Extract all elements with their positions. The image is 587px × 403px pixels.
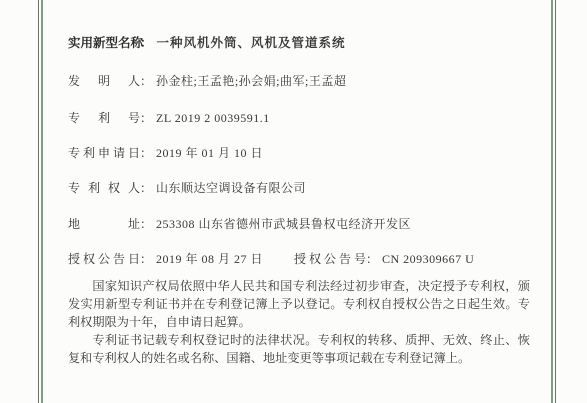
field-value: 一种风机外筒、风机及管道系统	[157, 36, 346, 51]
field-inventors: 发明人：孙金柱;王孟艳;孙会娟;曲军;王孟超	[68, 74, 346, 89]
field-label: 专利权人	[68, 181, 140, 196]
legal-text-block: 国家知识产权局依照中华人民共和国专利法经过初步审查，决定授予专利权，颁发实用新型…	[68, 277, 530, 367]
field-value: 2019 年 08 月 27 日	[156, 252, 263, 267]
field-colon: ：	[140, 181, 152, 196]
field-label: 发明人	[68, 74, 140, 89]
left-border-inner-line	[41, 0, 43, 403]
legal-paragraph-grant: 国家知识产权局依照中华人民共和国专利法经过初步审查，决定授予专利权，颁发实用新型…	[68, 277, 530, 331]
field-value: CN 209309667 U	[382, 252, 474, 267]
patent-certificate-page: 实用新型名称：一种风机外筒、风机及管道系统 发明人：孙金柱;王孟艳;孙会娟;曲军…	[0, 0, 587, 403]
field-label: 地址	[68, 217, 140, 232]
field-label: 专利申请日	[68, 146, 140, 161]
field-grant-number: 授权公告号：CN 209309667 U	[294, 252, 474, 267]
field-patent-number: 专利号：ZL 2019 2 0039591.1	[68, 111, 270, 126]
field-value: 孙金柱;王孟艳;孙会娟;曲军;王孟超	[156, 74, 346, 89]
left-border-outer-line	[38, 0, 39, 403]
field-value: 山东顺达空调设备有限公司	[156, 181, 306, 196]
field-label: 实用新型名称	[68, 36, 140, 51]
field-grant-date: 授权公告日：2019 年 08 月 27 日	[68, 252, 263, 266]
field-value: 253308 山东省德州市武城县鲁权屯经济开发区	[156, 217, 411, 232]
field-utility-model-name: 实用新型名称：一种风机外筒、风机及管道系统	[68, 36, 346, 51]
field-colon: ：	[140, 146, 152, 161]
field-colon: ：	[140, 217, 152, 232]
certificate-content: 实用新型名称：一种风机外筒、风机及管道系统 发明人：孙金柱;王孟艳;孙会娟;曲军…	[68, 0, 540, 403]
right-border-outer-line	[555, 0, 556, 403]
field-label: 专利号	[68, 111, 140, 126]
field-colon: ：	[140, 111, 152, 126]
field-label: 授权公告日	[68, 252, 140, 267]
field-value: 2019 年 01 月 10 日	[156, 146, 263, 161]
field-value: ZL 2019 2 0039591.1	[156, 111, 270, 126]
field-application-date: 专利申请日：2019 年 01 月 10 日	[68, 146, 263, 161]
field-label: 授权公告号	[294, 252, 366, 267]
field-patentee: 专利权人：山东顺达空调设备有限公司	[68, 181, 306, 196]
field-grant-date-row: 授权公告日：2019 年 08 月 27 日 授权公告号：CN 20930966…	[68, 252, 540, 267]
field-colon: ：	[140, 74, 152, 89]
field-address: 地址：253308 山东省德州市武城县鲁权屯经济开发区	[68, 217, 411, 232]
right-border-inner-line	[551, 0, 553, 403]
legal-paragraph-register: 专利证书记载专利权登记时的法律状况。专利权的转移、质押、无效、终止、恢复和专利权…	[68, 331, 530, 367]
field-colon: ：	[140, 252, 152, 267]
field-colon: ：	[140, 36, 153, 51]
field-colon: ：	[366, 252, 378, 267]
